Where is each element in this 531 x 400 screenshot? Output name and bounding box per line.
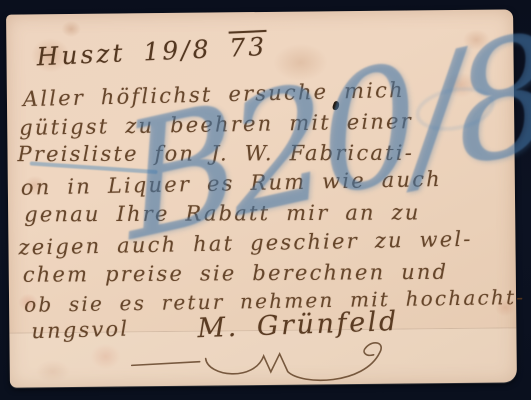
dateline-year: 73 bbox=[229, 32, 268, 63]
blue-pencil-circle bbox=[412, 81, 498, 137]
handwritten-line: on in Liquer es Rum wie auch bbox=[21, 167, 442, 200]
paper-stain bbox=[85, 339, 125, 373]
handwritten-line: gütigst zu beehren mit einer bbox=[19, 109, 413, 140]
handwritten-line: Aller höflichst ersuche mich bbox=[23, 78, 405, 111]
paper-stain bbox=[58, 18, 84, 40]
dateline-place: Huszt bbox=[36, 38, 126, 71]
dateline-date: 19/8 bbox=[143, 34, 212, 66]
handwritten-line: chem preise sie berechnen und bbox=[23, 260, 449, 287]
paper-stain bbox=[458, 26, 494, 54]
signature-flourish bbox=[128, 340, 418, 391]
dateline: Huszt 19/8 73 bbox=[36, 32, 268, 71]
handwritten-line: zeigen auch hat geschier zu wel- bbox=[18, 227, 473, 260]
handwritten-line: genau Ihre Rabatt mir an zu bbox=[24, 200, 421, 226]
closing-word: ungsvol bbox=[31, 317, 130, 344]
handwritten-line: Preisliste fon J. W. Fabricati- bbox=[17, 141, 414, 166]
paper-stain bbox=[30, 356, 76, 386]
signature: M. Grünfeld bbox=[197, 306, 400, 344]
postcard: Huszt 19/8 73 Aller höflichst ersuche mi… bbox=[6, 9, 517, 387]
photo-background: { "photo": { "subject": "Aged handwritte… bbox=[0, 0, 531, 400]
